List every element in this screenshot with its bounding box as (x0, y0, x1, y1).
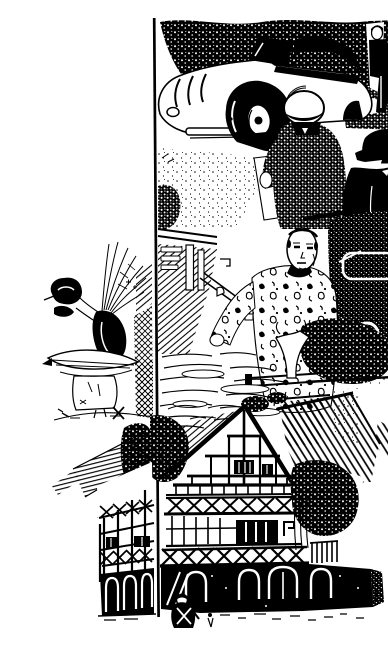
headlamp (167, 108, 179, 117)
scene-car (158, 19, 388, 229)
crosshatch-strip (134, 264, 153, 418)
illustration (40, 16, 388, 629)
arcade (161, 564, 384, 613)
